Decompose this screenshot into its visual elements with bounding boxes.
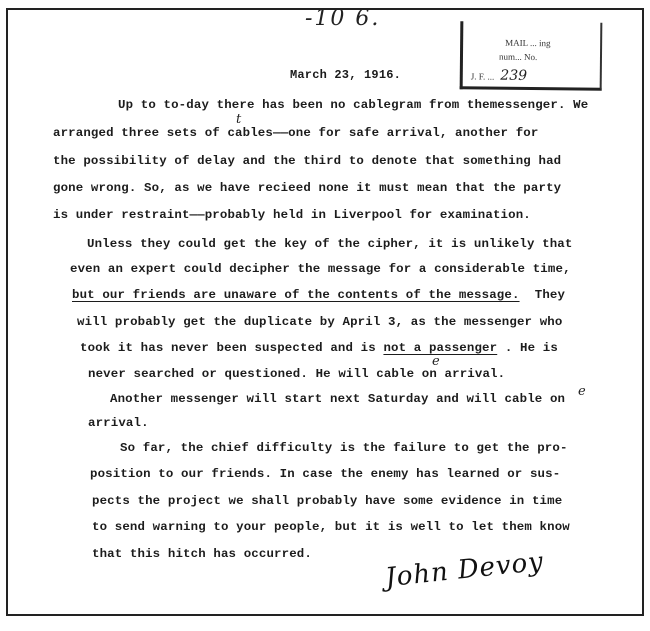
p2-line-6: never searched or questioned. He will ca… xyxy=(88,367,505,381)
underlined-not-a-passenger: not a passenger xyxy=(383,341,497,355)
p2-line-3: but our friends are unaware of the conte… xyxy=(72,288,565,302)
p1-line-2: arranged three sets of cables——one for s… xyxy=(53,126,538,140)
p1-line-1: Up to to-day there has been no cablegram… xyxy=(118,98,588,112)
archive-stamp: MAIL ... ing num... No. J. F. ...239 xyxy=(460,21,603,90)
p4-line-5: that this hitch has occurred. xyxy=(92,547,312,561)
p1-line-3: the possibility of delay and the third t… xyxy=(53,154,561,168)
p4-line-1: So far, the chief difficulty is the fail… xyxy=(120,441,568,455)
p4-line-3: pects the project we shall probably have… xyxy=(92,494,562,508)
stamp-line-3: J. F. ...239 xyxy=(471,67,527,84)
p1-line-5: is under restraint——probably held in Liv… xyxy=(53,208,531,222)
p3-line-1: Another messenger will start next Saturd… xyxy=(110,392,565,406)
handwritten-file-mark: -10 6. xyxy=(305,6,380,31)
p1-line-4: gone wrong. So, as we have recieed none … xyxy=(53,181,561,195)
letter-date: March 23, 1916. xyxy=(290,68,401,82)
p2-line-4: will probably get the duplicate by April… xyxy=(77,315,562,329)
p4-line-4: to send warning to your people, but it i… xyxy=(92,520,570,534)
underlined-phrase: but our friends are unaware of the conte… xyxy=(72,288,520,302)
p2-line-5: took it has never been suspected and is … xyxy=(80,341,558,355)
stamp-number: 239 xyxy=(500,68,527,84)
p2-line-2: even an expert could decipher the messag… xyxy=(70,262,571,276)
p4-line-2: position to our friends. In case the ene… xyxy=(90,467,560,481)
stamp-line-2: num... No. xyxy=(499,52,537,62)
insertion-on-e: e xyxy=(578,384,586,399)
p3-line-2: arrival. xyxy=(88,416,149,430)
p2-line-1: Unless they could get the key of the cip… xyxy=(87,237,572,251)
stamp-line-1: MAIL ... ing xyxy=(505,38,551,48)
insertion-t: t xyxy=(236,112,241,127)
